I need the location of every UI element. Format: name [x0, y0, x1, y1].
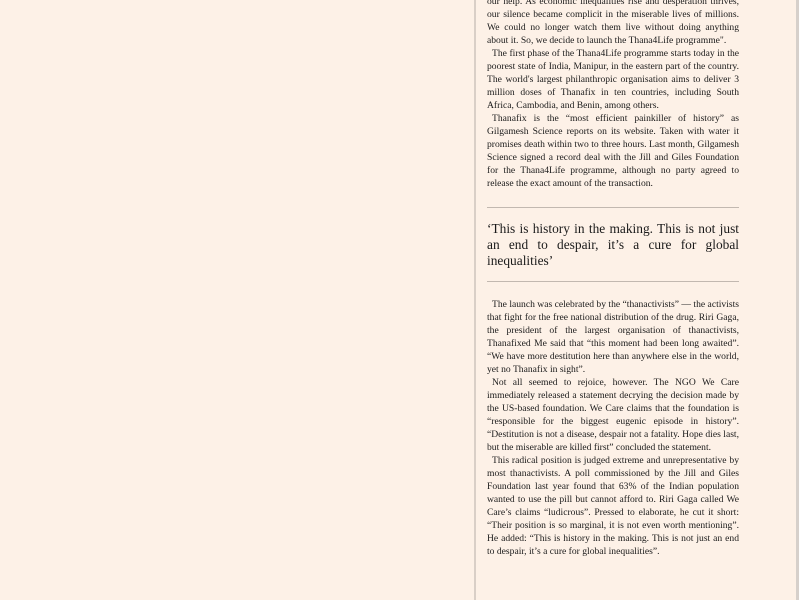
- article-paragraph: The launch was celebrated by the “thanac…: [487, 298, 739, 376]
- viewer-background: [0, 0, 474, 600]
- article-paragraph: Thanafix is the “most efficient painkill…: [487, 112, 739, 190]
- document-page: our help. As economic inequalities rise …: [476, 0, 796, 600]
- document-viewer: our help. As economic inequalities rise …: [0, 0, 799, 600]
- article-paragraph: This radical position is judged extreme …: [487, 454, 739, 558]
- article-paragraph: our help. As economic inequalities rise …: [487, 0, 739, 47]
- article-paragraph: Not all seemed to rejoice, however. The …: [487, 376, 739, 454]
- article-paragraph: The first phase of the Thana4Life progra…: [487, 47, 739, 112]
- pull-quote: ‘This is history in the making. This is …: [487, 221, 739, 269]
- pull-quote-top-rule: [487, 207, 739, 208]
- article-column: our help. As economic inequalities rise …: [487, 0, 739, 558]
